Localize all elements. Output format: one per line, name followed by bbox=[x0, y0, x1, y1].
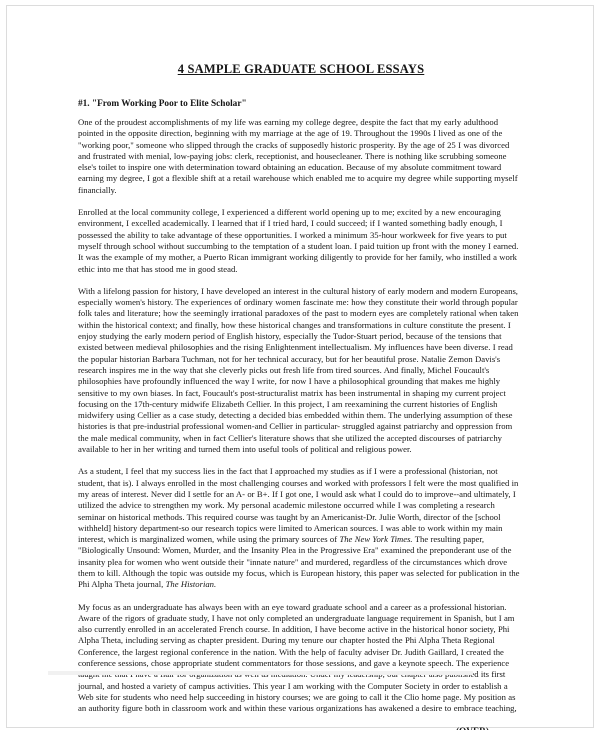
essay-paragraph: One of the proudest accomplishments of m… bbox=[78, 117, 524, 196]
essay-paragraph: As a student, I feel that my success lie… bbox=[78, 466, 524, 590]
essay-paragraph: My focus as an undergraduate has always … bbox=[78, 602, 524, 715]
italic-text-segment: The Historian. bbox=[166, 579, 217, 589]
essay-paragraph: Enrolled at the local community college,… bbox=[78, 207, 524, 275]
document-page: 4 SAMPLE GRADUATE SCHOOL ESSAYS #1. "Fro… bbox=[0, 0, 600, 730]
essay-body: One of the proudest accomplishments of m… bbox=[78, 117, 524, 715]
text-segment: Enrolled at the local community college,… bbox=[78, 207, 518, 273]
essay-paragraph: With a lifelong passion for history, I h… bbox=[78, 286, 524, 455]
essay-heading: #1. "From Working Poor to Elite Scholar" bbox=[78, 99, 524, 109]
page-content: 4 SAMPLE GRADUATE SCHOOL ESSAYS #1. "Fro… bbox=[78, 62, 524, 730]
text-segment: With a lifelong passion for history, I h… bbox=[78, 286, 518, 454]
text-segment: My focus as an undergraduate has always … bbox=[78, 602, 517, 714]
text-segment: As a student, I feel that my success lie… bbox=[78, 466, 518, 544]
document-title: 4 SAMPLE GRADUATE SCHOOL ESSAYS bbox=[78, 62, 524, 77]
over-label: (OVER) bbox=[78, 727, 524, 730]
italic-text-segment: The New York Times. bbox=[339, 534, 412, 544]
text-segment: One of the proudest accomplishments of m… bbox=[78, 117, 518, 195]
scan-artifact-band bbox=[48, 671, 473, 675]
